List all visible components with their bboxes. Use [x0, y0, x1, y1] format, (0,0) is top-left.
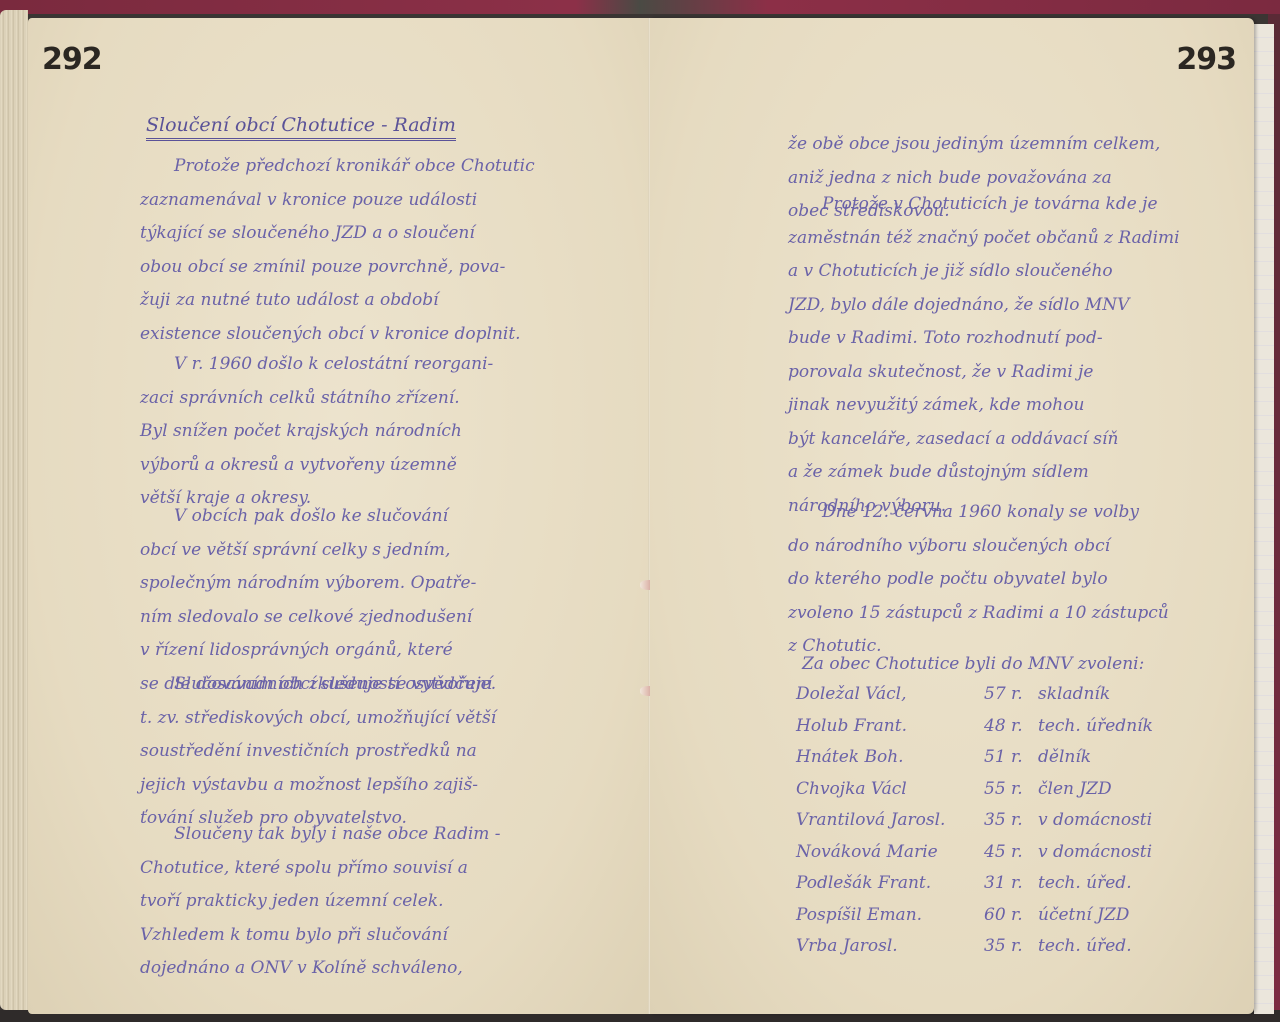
- list-item: Holub Frant.48 r.tech. úředník: [796, 710, 1153, 742]
- member-name: Podlešák Frant.: [796, 867, 984, 901]
- text-line: a v Chotuticích je již sídlo sloučeného: [788, 255, 1180, 289]
- member-age: 57 r.: [984, 678, 1038, 712]
- member-occupation: člen JZD: [1038, 779, 1112, 799]
- text-line: porovala skutečnost, že v Radimi je: [788, 356, 1180, 390]
- left-page: 292 Sloučení obcí Chotutice - Radim Prot…: [28, 18, 650, 1014]
- text-line: žuji za nutné tuto událost a období: [140, 284, 535, 318]
- list-item: Doležal Václ,57 r.skladník: [796, 678, 1153, 710]
- text-line: t. zv. střediskových obcí, umožňující vě…: [140, 702, 496, 736]
- text-line: Protože předchozí kronikář obce Chotutic: [140, 150, 535, 184]
- member-occupation: tech. úřed.: [1038, 873, 1132, 893]
- text-line: zaměstnán též značný počet občanů z Radi…: [788, 222, 1180, 256]
- text-line: jejich výstavbu a možnost lepšího zajiš-: [140, 769, 496, 803]
- text-line: tvoří prakticky jeden územní celek.: [140, 885, 501, 919]
- member-name: Nováková Marie: [796, 836, 984, 870]
- text-line: do kterého podle počtu obyvatel bylo: [788, 563, 1169, 597]
- text-line: V obcích pak došlo ke slučování: [140, 500, 496, 534]
- member-age: 35 r.: [984, 930, 1038, 964]
- text-line: obcí ve větší správní celky s jedním,: [140, 534, 496, 568]
- elected-members-list: Doležal Václ,57 r.skladník Holub Frant.4…: [796, 678, 1153, 962]
- text-line: jinak nevyužitý zámek, kde mohou: [788, 389, 1180, 423]
- member-occupation: dělník: [1038, 747, 1091, 767]
- paragraph-5: Sloučeny tak byly i naše obce Radim - Ch…: [140, 818, 501, 986]
- paragraph-2: V r. 1960 došlo k celostátní reorgani- z…: [140, 348, 493, 516]
- member-age: 60 r.: [984, 899, 1038, 933]
- text-line: Dne 12. června 1960 konaly se volby: [788, 496, 1169, 530]
- text-line: bude v Radimi. Toto rozhodnutí pod-: [788, 322, 1180, 356]
- list-item: Vrba Jarosl.35 r.tech. úřed.: [796, 930, 1153, 962]
- text-line: V r. 1960 došlo k celostátní reorgani-: [140, 348, 493, 382]
- text-line: do národního výboru sloučených obcí: [788, 530, 1169, 564]
- text-line: zaznamenával v kronice pouze události: [140, 184, 535, 218]
- member-age: 35 r.: [984, 804, 1038, 838]
- member-name: Doležal Václ,: [796, 678, 984, 712]
- member-name: Hnátek Boh.: [796, 741, 984, 775]
- member-name: Vrba Jarosl.: [796, 930, 984, 964]
- member-name: Holub Frant.: [796, 710, 984, 744]
- text-line: být kanceláře, zasedací a oddávací síň: [788, 423, 1180, 457]
- text-line: zaci správních celků státního zřízení.: [140, 382, 493, 416]
- member-age: 45 r.: [984, 836, 1038, 870]
- list-item: Hnátek Boh.51 r.dělník: [796, 741, 1153, 773]
- text-line: že obě obce jsou jediným územním celkem,: [788, 128, 1160, 162]
- paragraph-1: Protože předchozí kronikář obce Chotutic…: [140, 150, 535, 351]
- member-occupation: skladník: [1038, 684, 1110, 704]
- list-item: Chvojka Václ55 r.člen JZD: [796, 773, 1153, 805]
- left-page-stack-edges: [0, 10, 28, 1010]
- member-occupation: účetní JZD: [1038, 905, 1129, 925]
- list-item: Podlešák Frant.31 r.tech. úřed.: [796, 867, 1153, 899]
- text-line: výborů a okresů a vytvořeny územně: [140, 449, 493, 483]
- paragraph-4: Slučováním obcí sleduje se vytvoření t. …: [140, 668, 496, 836]
- text-line: obou obcí se zmínil pouze povrchně, pova…: [140, 251, 535, 285]
- member-occupation: v domácnosti: [1038, 810, 1152, 830]
- text-line: Byl snížen počet krajských národních: [140, 415, 493, 449]
- member-name: Vrantilová Jarosl.: [796, 804, 984, 838]
- right-page-stack-edges: [1254, 24, 1274, 1014]
- member-age: 31 r.: [984, 867, 1038, 901]
- text-line: Vzhledem k tomu bylo při slučování: [140, 919, 501, 953]
- text-line: Chotutice, které spolu přímo souvisí a: [140, 852, 501, 886]
- member-occupation: tech. úředník: [1038, 716, 1153, 736]
- text-line: a že zámek bude důstojným sídlem: [788, 456, 1180, 490]
- member-age: 55 r.: [984, 773, 1038, 807]
- text-line: Slučováním obcí sleduje se vytvoření: [140, 668, 496, 702]
- text-line: JZD, bylo dále dojednáno, že sídlo MNV: [788, 289, 1180, 323]
- text-line: společným národním výborem. Opatře-: [140, 567, 496, 601]
- member-age: 48 r.: [984, 710, 1038, 744]
- list-item: Nováková Marie45 r.v domácnosti: [796, 836, 1153, 868]
- text-line: soustředění investičních prostředků na: [140, 735, 496, 769]
- member-age: 51 r.: [984, 741, 1038, 775]
- text-line: týkající se sloučeného JZD a o sloučení: [140, 217, 535, 251]
- text-line: v řízení lidosprávných orgánů, které: [140, 634, 496, 668]
- member-occupation: tech. úřed.: [1038, 936, 1132, 956]
- text-line: existence sloučených obcí v kronice dopl…: [140, 318, 535, 352]
- page-number-right: 293: [1176, 42, 1236, 77]
- text-line: ním sledovalo se celkové zjednodušení: [140, 601, 496, 635]
- text-line: Protože v Chotuticích je továrna kde je: [788, 188, 1180, 222]
- text-line: Sloučeny tak byly i naše obce Radim -: [140, 818, 501, 852]
- chapter-title: Sloučení obcí Chotutice - Radim: [146, 114, 456, 141]
- page-number-left: 292: [42, 42, 102, 77]
- list-item: Vrantilová Jarosl.35 r.v domácnosti: [796, 804, 1153, 836]
- list-item: Pospíšil Eman.60 r.účetní JZD: [796, 899, 1153, 931]
- elected-heading: Za obec Chotutice byli do MNV zvoleni:: [802, 648, 1144, 682]
- member-occupation: v domácnosti: [1038, 842, 1152, 862]
- paragraph-3: Dne 12. června 1960 konaly se volby do n…: [788, 496, 1169, 664]
- text-line: dojednáno a ONV v Kolíně schváleno,: [140, 952, 501, 986]
- book-cover-top-edge: [0, 0, 1280, 14]
- text-line: zvoleno 15 zástupců z Radimi a 10 zástup…: [788, 597, 1169, 631]
- member-name: Pospíšil Eman.: [796, 899, 984, 933]
- right-page: 293 že obě obce jsou jediným územním cel…: [650, 18, 1254, 1014]
- paragraph-2: Protože v Chotuticích je továrna kde je …: [788, 188, 1180, 523]
- member-name: Chvojka Václ: [796, 773, 984, 807]
